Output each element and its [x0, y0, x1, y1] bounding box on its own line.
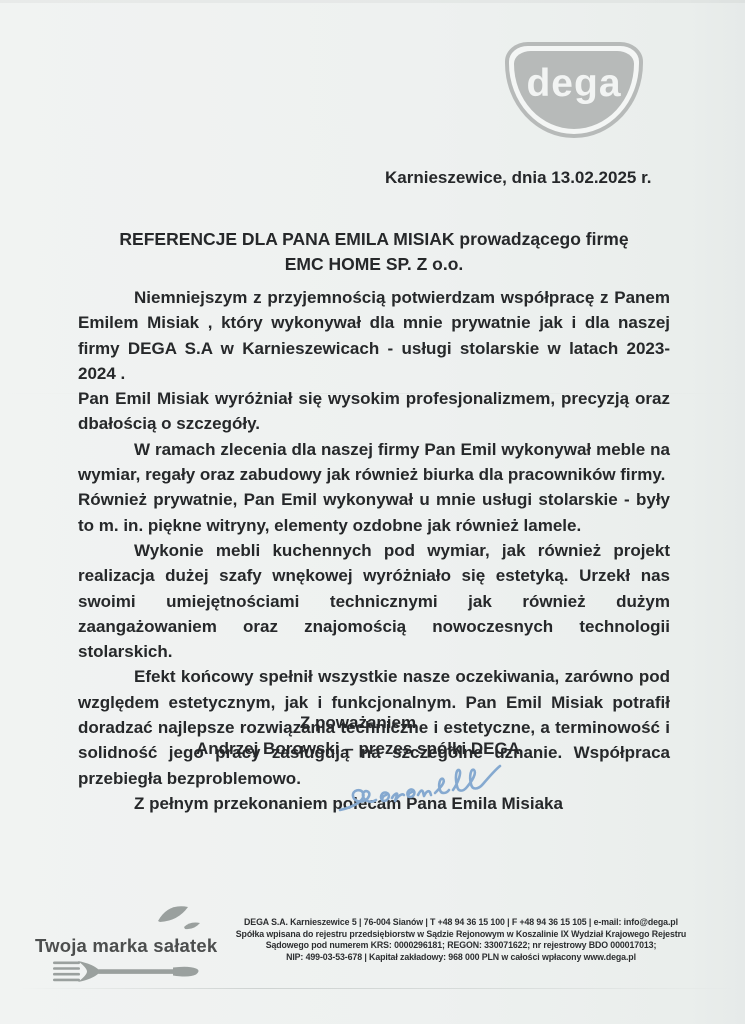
handwritten-signature — [330, 762, 515, 824]
footer-contact-details: Karnieszewice 5 | 76-004 Sianów | T +48 … — [288, 917, 678, 927]
signatory-name-title: Andrzej Borowski – prezes spółki DEGA — [78, 736, 638, 762]
leaf-icon — [150, 903, 205, 933]
letter-title: REFERENCJE DLA PANA EMILA MISIAK prowadz… — [78, 227, 670, 277]
footer-line-registry1: Spółka wpisana do rejestru przedsiębiors… — [230, 929, 692, 941]
footer-company-name: DEGA S.A. — [244, 917, 288, 927]
dega-logo: dega — [505, 42, 643, 138]
signoff-block: Z poważaniem Andrzej Borowski – prezes s… — [78, 710, 638, 762]
footer-company-info: DEGA S.A. Karnieszewice 5 | 76-004 Sianó… — [230, 917, 692, 963]
letter-title-line1: REFERENCJE DLA PANA EMILA MISIAK prowadz… — [78, 227, 670, 252]
paragraph: Niemniejszym z przyjemnością potwierdzam… — [78, 285, 670, 386]
signoff-salutation: Z poważaniem — [78, 710, 638, 736]
dega-logo-bowl-icon: dega — [514, 51, 634, 129]
footer-line-contact: DEGA S.A. Karnieszewice 5 | 76-004 Sianó… — [230, 917, 692, 929]
paragraph: Również prywatnie, Pan Emil wykonywał u … — [78, 487, 670, 538]
footer-line-registry2: Sądowego pod numerem KRS: 0000296181; RE… — [230, 940, 692, 952]
paragraph: Wykonie mebli kuchennych pod wymiar, jak… — [78, 538, 670, 664]
paragraph: W ramach zlecenia dla naszej firmy Pan E… — [78, 437, 670, 488]
letter-title-line2: EMC HOME SP. Z o.o. — [78, 252, 670, 277]
paragraph: Pan Emil Misiak wyróżniał się wysokim pr… — [78, 386, 670, 437]
tagline-text: Twoja marka sałatek — [35, 935, 225, 957]
paper-fold-line — [20, 988, 735, 989]
fork-icon — [53, 960, 208, 984]
footer-line-nip: NIP: 499-03-53-678 | Kapitał zakładowy: … — [230, 952, 692, 964]
dega-logo-wordmark: dega — [526, 64, 621, 103]
letter-date: Karnieszewice, dnia 13.02.2025 r. — [385, 168, 652, 188]
